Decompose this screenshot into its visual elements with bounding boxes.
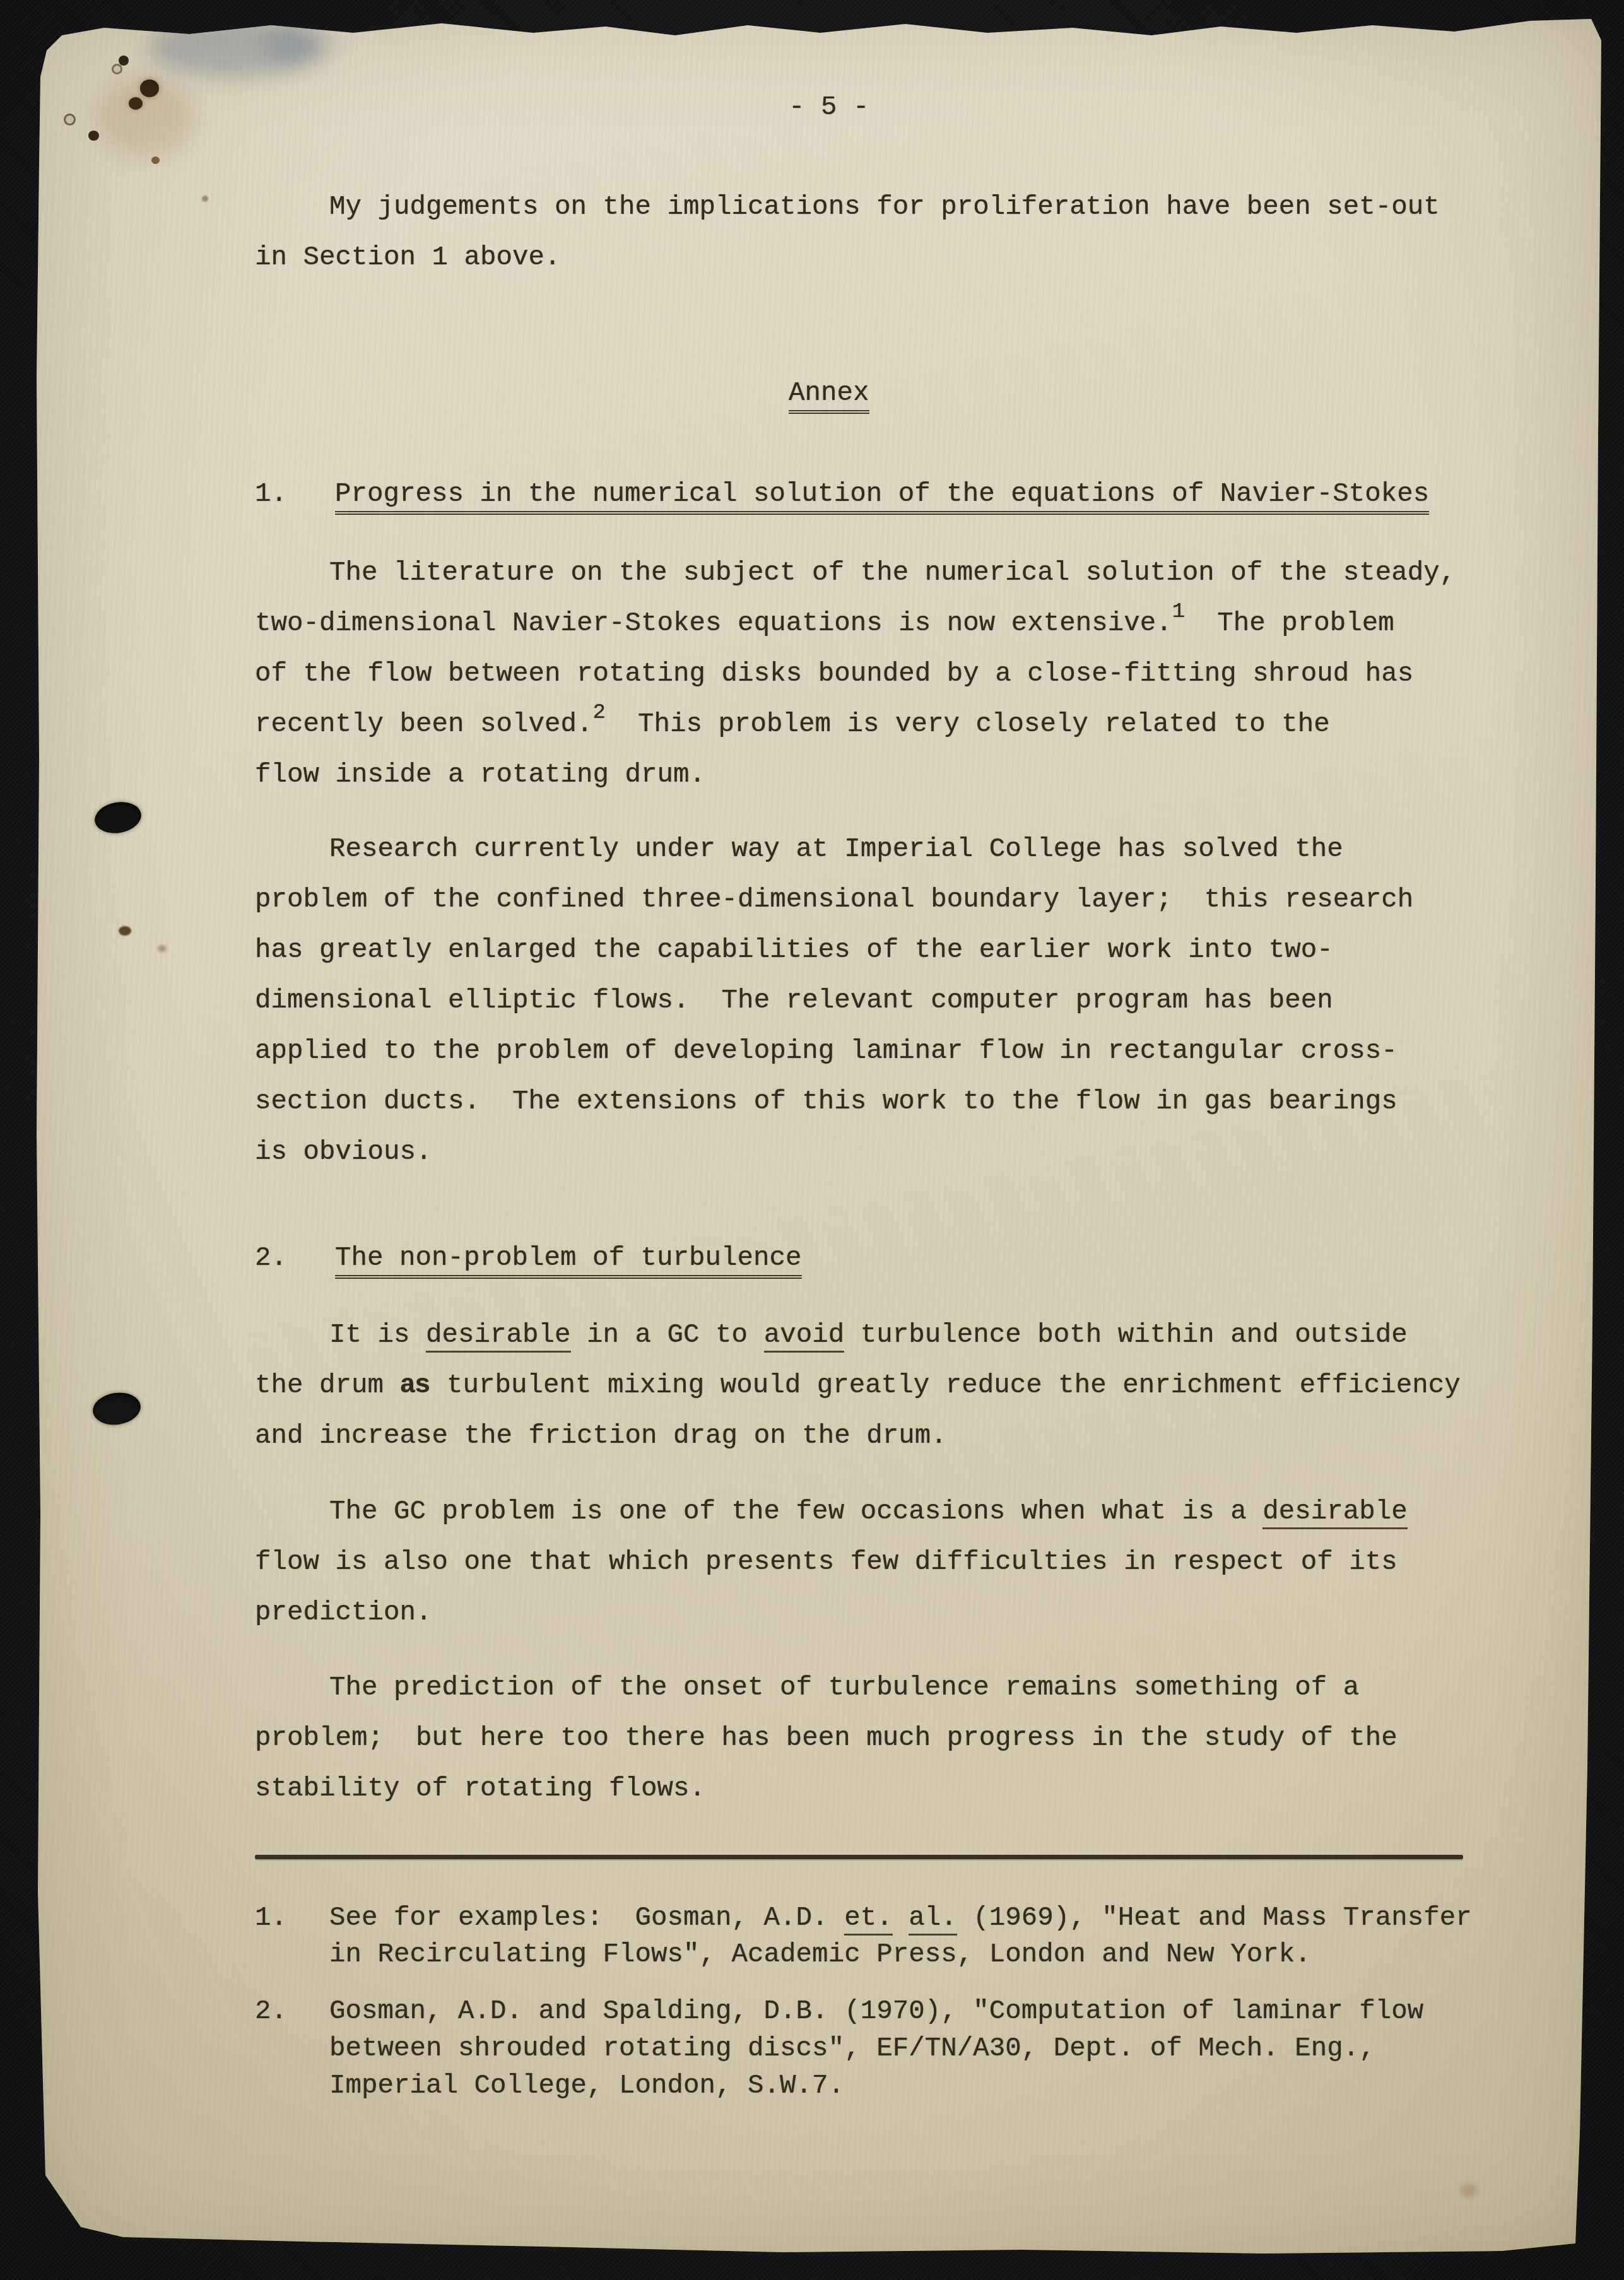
- punch-hole-bottom: [91, 1390, 143, 1428]
- footnote-2-text: Gosman, A.D. and Spalding, D.B. (1970), …: [329, 1996, 1423, 2026]
- s1p1-line3: of the flow between rotating disks bound…: [255, 649, 1413, 699]
- section2-heading-text: The non-problem of turbulence: [335, 1243, 802, 1279]
- s2p2-line3: prediction.: [255, 1587, 432, 1638]
- footnote-2-line1: 2.Gosman, A.D. and Spalding, D.B. (1970)…: [255, 1993, 1423, 2030]
- brown-stain: [1461, 2184, 1477, 2197]
- s2p3-line2: problem; but here too there has been muc…: [255, 1713, 1397, 1763]
- ink-smudge: [265, 25, 334, 63]
- footnote-2-line3: Imperial College, London, S.W.7.: [329, 2067, 844, 2105]
- pin-hole: [112, 64, 122, 74]
- s1p1-line2-text: two-dimensional Navier-Stokes equations …: [255, 608, 1172, 638]
- section2-heading: 2.The non-problem of turbulence: [255, 1233, 802, 1283]
- s2p1-line1-b: in a GC to: [571, 1320, 764, 1350]
- s2p1-line3: and increase the friction drag on the dr…: [255, 1411, 947, 1461]
- s2p1-line2-a: the drum: [255, 1370, 400, 1401]
- s1p1-line1: The literature on the subject of the num…: [255, 548, 1456, 598]
- s1p2-line5: applied to the problem of developing lam…: [255, 1026, 1397, 1076]
- annex-title: Annex: [789, 368, 869, 418]
- burn-stain: [202, 196, 208, 202]
- underlined-desirable-2: desirable: [1262, 1496, 1408, 1529]
- punch-hole-top: [92, 799, 143, 837]
- underlined-avoid: avoid: [764, 1320, 845, 1353]
- s2p1-line1-c: turbulence both within and outside: [844, 1320, 1408, 1350]
- burn-stain: [88, 131, 99, 141]
- s1p2-line1: Research currently under way at Imperial…: [255, 824, 1343, 874]
- pin-hole: [64, 114, 76, 126]
- section2-number: 2.: [255, 1233, 335, 1283]
- footnote-2-number: 2.: [255, 1993, 329, 2030]
- s2p2-line2: flow is also one that which presents few…: [255, 1537, 1397, 1587]
- s2p2-line1-a: The GC problem is one of the few occasio…: [329, 1496, 1262, 1527]
- section1-heading-text: Progress in the numerical solution of th…: [335, 479, 1429, 515]
- footnote-1-line1: 1.See for examples: Gosman, A.D. et. al.…: [255, 1900, 1472, 1937]
- annex-title-text: Annex: [789, 378, 869, 414]
- burn-stain: [151, 156, 160, 164]
- intro-line-1: My judgements on the implications for pr…: [255, 182, 1440, 232]
- section1-number: 1.: [255, 469, 335, 519]
- s2p2-line1: The GC problem is one of the few occasio…: [255, 1486, 1408, 1537]
- footnote-ref-1: 1: [1172, 600, 1185, 624]
- s1p2-line6: section ducts. The extensions of this wo…: [255, 1076, 1397, 1127]
- burn-stain: [129, 97, 143, 110]
- s1p2-line4: dimensional elliptic flows. The relevant…: [255, 975, 1333, 1026]
- s2p3-line3: stability of rotating flows.: [255, 1763, 705, 1814]
- s1p1-line4-text: recently been solved.: [255, 709, 593, 739]
- s2p3-line1: The prediction of the onset of turbulenc…: [255, 1662, 1359, 1713]
- footnote-1-number: 1.: [255, 1900, 329, 1937]
- s1p1-line4-cont: This problem is very closely related to …: [606, 709, 1330, 739]
- s1p2-line7: is obvious.: [255, 1127, 432, 1177]
- footnote-1-space: [893, 1903, 909, 1933]
- s1p1-line5: flow inside a rotating drum.: [255, 749, 705, 800]
- s1p1-line2-cont: The problem: [1185, 608, 1394, 638]
- scanned-document-page: - 5 - My judgements on the implications …: [0, 0, 1624, 2280]
- s2p1-line1: It is desirable in a GC to avoid turbule…: [255, 1310, 1408, 1360]
- footnote-1-text-b: (1969), "Heat and Mass Transfer: [957, 1903, 1472, 1933]
- section1-heading: 1.Progress in the numerical solution of …: [255, 469, 1429, 519]
- s1p2-line2: problem of the confined three-dimensiona…: [255, 874, 1413, 925]
- s2p1-line1-a: It is: [329, 1320, 426, 1350]
- burn-stain: [119, 56, 129, 66]
- overstruck-as: as: [400, 1370, 431, 1401]
- s2p1-line2: the drum as turbulent mixing would great…: [255, 1360, 1461, 1411]
- ink-smudge: [148, 18, 319, 78]
- brown-stain: [158, 945, 167, 952]
- footnote-ref-2: 2: [593, 701, 606, 725]
- underlined-et: et.: [844, 1903, 893, 1936]
- footnote-1-text-a: See for examples: Gosman, A.D.: [329, 1903, 844, 1933]
- footnote-1-line2: in Recirculating Flows", Academic Press,…: [329, 1936, 1311, 1973]
- burn-stain: [140, 79, 159, 97]
- s1p2-line3: has greatly enlarged the capabilities of…: [255, 925, 1333, 975]
- footnote-2-line2: between shrouded rotating discs", EF/TN/…: [329, 2030, 1375, 2067]
- page-number: - 5 -: [789, 82, 869, 132]
- underlined-al: al.: [909, 1903, 957, 1936]
- underlined-desirable: desirable: [426, 1320, 571, 1353]
- s1p1-line4: recently been solved.2 This problem is v…: [255, 699, 1330, 749]
- s1p1-line2: two-dimensional Navier-Stokes equations …: [255, 598, 1394, 649]
- footnote-divider: [255, 1855, 1463, 1859]
- s2p1-line2-c: turbulent mixing would greatly reduce th…: [431, 1370, 1461, 1401]
- intro-line-2: in Section 1 above.: [255, 232, 561, 283]
- brown-stain: [119, 926, 131, 936]
- stain-halo: [95, 76, 196, 158]
